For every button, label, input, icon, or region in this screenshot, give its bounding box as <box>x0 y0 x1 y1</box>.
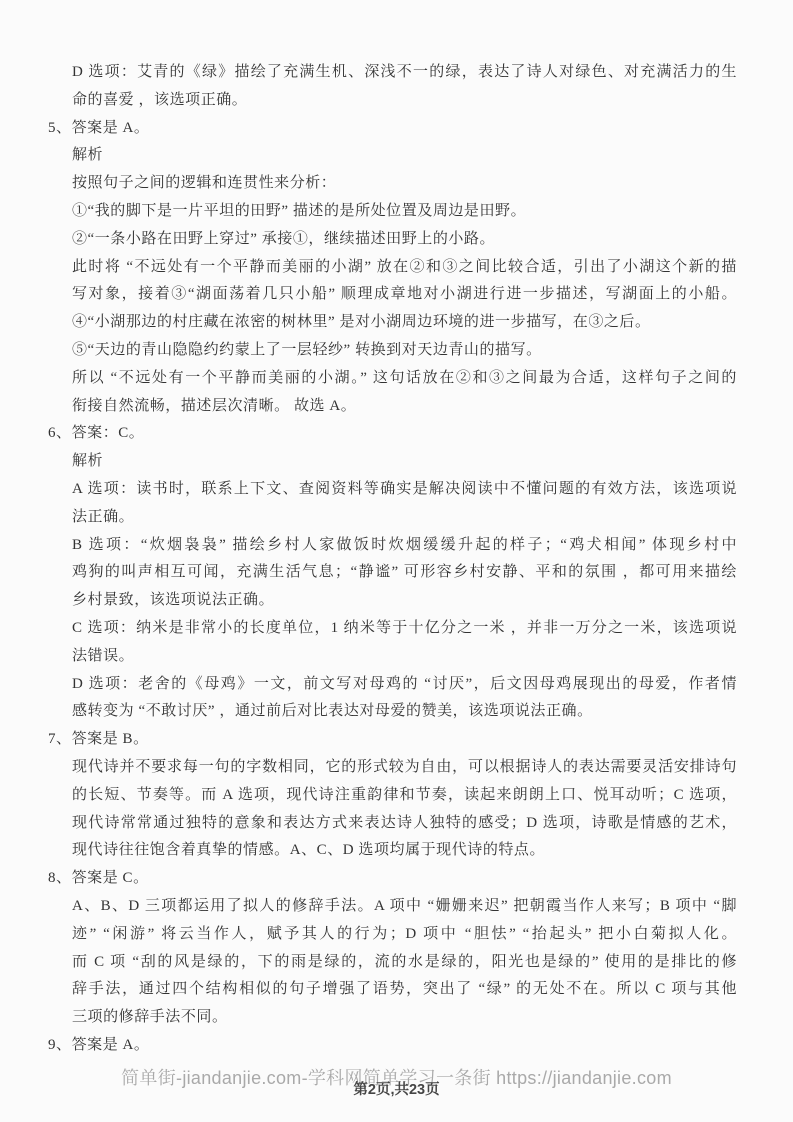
text-line: 解析 <box>0 448 793 476</box>
text-line: 命的喜爱 ，该选项正确。 <box>0 87 793 115</box>
text-line: 9、答案是 A。 <box>0 1032 793 1060</box>
text-line: 辞手法，通过四个结构相似的句子增强了语势，突出了 “绿” 的无处不在。所以 C … <box>0 976 793 1004</box>
text-line: 现代诗并不要求每一句的字数相同，它的形式较为自由，可以根据诗人的表达需要灵活安排… <box>0 754 793 782</box>
text-line: 法错误。 <box>0 643 793 671</box>
text-line: 5、答案是 A。 <box>0 115 793 143</box>
text-line: 6、答案：C。 <box>0 420 793 448</box>
text-line: D 选项：老舍的《母鸡》一文，前文写对母鸡的 “讨厌”，后文因母鸡展现出的母爱，… <box>0 671 793 699</box>
text-line: 乡村景致，该选项说法正确。 <box>0 587 793 615</box>
text-line: 此时将 “不远处有一个平静而美丽的小湖” 放在②和③之间比较合适，引出了小湖这个… <box>0 254 793 282</box>
text-line: 7、答案是 B。 <box>0 726 793 754</box>
text-line: ①“我的脚下是一片平坦的田野” 描述的是所处位置及周边是田野。 <box>0 198 793 226</box>
text-line: C 选项：纳米是非常小的长度单位，1 纳米等于十亿分之一米 ，并非一万分之一米，… <box>0 615 793 643</box>
text-line: B 选项：“炊烟袅袅” 描绘乡村人家做饭时炊烟缓缓升起的样子；“鸡犬相闻” 体现… <box>0 532 793 560</box>
text-line: ②“一条小路在田野上穿过” 承接①，继续描述田野上的小路。 <box>0 226 793 254</box>
text-line: 的长短、节奏等。而 A 选项，现代诗注重韵律和节奏，读起来朗朗上口、悦耳动听；C… <box>0 782 793 810</box>
answer-key-text: D 选项：艾青的《绿》描绘了充满生机、深浅不一的绿，表达了诗人对绿色、对充满活力… <box>0 0 793 1060</box>
text-line: 写对象，接着③“湖面荡着几只小船” 顺理成章地对小湖进行进一步描述，写湖面上的小… <box>0 281 793 309</box>
text-line: 而 C 项 “刮的风是绿的，下的雨是绿的，流的水是绿的，阳光也是绿的” 使用的是… <box>0 949 793 977</box>
document-page: D 选项：艾青的《绿》描绘了充满生机、深浅不一的绿，表达了诗人对绿色、对充满活力… <box>0 0 793 1122</box>
text-line: 衔接自然流畅，描述层次清晰。 故选 A。 <box>0 393 793 421</box>
text-line: 按照句子之间的逻辑和连贯性来分析： <box>0 170 793 198</box>
text-line: ④“小湖那边的村庄藏在浓密的树林里” 是对小湖周边环境的进一步描写，在③之后。 <box>0 309 793 337</box>
text-line: 现代诗常常通过独特的意象和表达方式来表达诗人独特的感受；D 选项，诗歌是情感的艺… <box>0 810 793 838</box>
text-line: 三项的修辞手法不同。 <box>0 1004 793 1032</box>
text-line: D 选项：艾青的《绿》描绘了充满生机、深浅不一的绿，表达了诗人对绿色、对充满活力… <box>0 59 793 87</box>
page-footer: 简单街-jiandanjie.com-学科网简单学习一条街 https://ji… <box>0 1067 793 1098</box>
text-line: 法正确。 <box>0 504 793 532</box>
text-line: A、B、D 三项都运用了拟人的修辞手法。A 项中 “姗姗来迟” 把朝霞当作人来写… <box>0 893 793 921</box>
text-line: 8、答案是 C。 <box>0 865 793 893</box>
text-line: ⑤“天边的青山隐隐约约蒙上了一层轻纱” 转换到对天边青山的描写。 <box>0 337 793 365</box>
text-line: A 选项：读书时，联系上下文、查阅资料等确实是解决阅读中不懂问题的有效方法，该选… <box>0 476 793 504</box>
text-line: 鸡狗的叫声相互可闻，充满生活气息；“静谧” 可形容乡村安静、平和的氛围 ，都可用… <box>0 559 793 587</box>
page-indicator: 第2页,共23页 <box>0 1082 793 1098</box>
text-line: 迹” “闲游” 将云当作人，赋予其人的行为；D 项中 “胆怯” “抬起头” 把小… <box>0 921 793 949</box>
text-line: 解析 <box>0 142 793 170</box>
text-line: 所以 “不远处有一个平静而美丽的小湖。” 这句话放在②和③之间最为合适，这样句子… <box>0 365 793 393</box>
text-line: 现代诗往往饱含着真挚的情感。A、C、D 选项均属于现代诗的特点。 <box>0 837 793 865</box>
text-line: 感转变为 “不敢讨厌” ，通过前后对比表达对母爱的赞美，该选项说法正确。 <box>0 698 793 726</box>
